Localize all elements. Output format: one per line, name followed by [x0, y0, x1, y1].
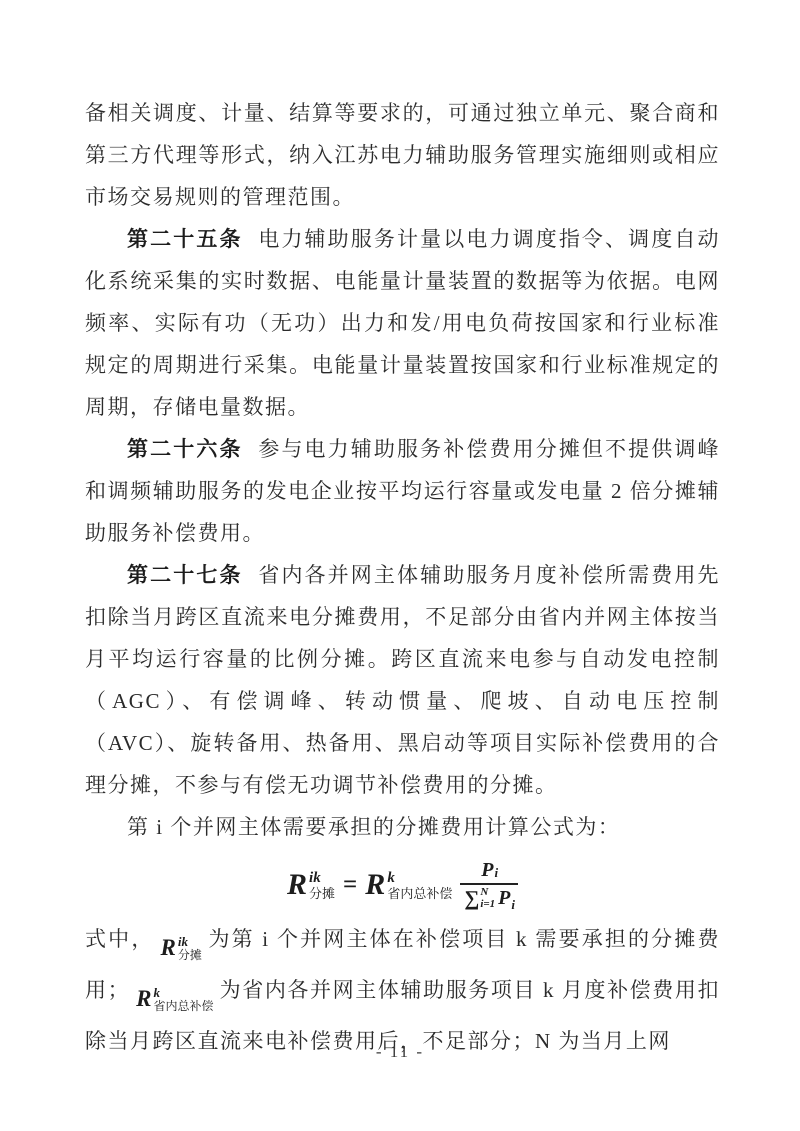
article-25-number: 第二十五条 [127, 227, 243, 251]
formula-lhs: R ik 分摊 [287, 868, 335, 902]
formula-rhs-coefficient: R k 省内总补偿 [365, 868, 452, 902]
formula-lhs-subscript: 分摊 [309, 886, 335, 902]
formula-lhs-superscript: ik [309, 871, 321, 886]
formula-intro-text: 第 i 个并网主体需要承担的分摊费用计算公式为： [127, 815, 620, 839]
formula-lhs-scripts: ik 分摊 [309, 871, 335, 902]
inline-math-scripts: k省内总补偿 [153, 986, 213, 1014]
denominator-variable: P [498, 887, 510, 910]
formula-rhs-subscript: 省内总补偿 [387, 886, 452, 902]
inline-math-r-share: Rik分摊 [160, 927, 201, 969]
inline-math-subscript: 分摊 [178, 948, 202, 963]
article-27-number: 第二十七条 [127, 563, 243, 587]
denominator-subscript: i [511, 897, 515, 913]
article-27-paragraph: 第二十七条省内各并网主体辅助服务月度补偿所需费用先扣除当月跨区直流来电分摊费用，… [85, 554, 720, 806]
article-25-paragraph: 第二十五条电力辅助服务计量以电力调度指令、调度自动化系统采集的实时数据、电能量计… [85, 218, 720, 428]
paragraph-text: 省内各并网主体辅助服务月度补偿所需费用先扣除当月跨区直流来电分摊费用，不足部分由… [85, 563, 720, 797]
fraction: Pi ∑ N i=1 Pi [460, 859, 518, 911]
sigma-lower-limit: i=1 [480, 898, 495, 910]
equals-sign: = [343, 871, 357, 899]
formula-explanation: 式中，Rik分摊为第 i 个并网主体在补偿项目 k 需要承担的分摊费用；Rk省内… [85, 918, 720, 1062]
page-number: - 11 - [0, 1042, 800, 1062]
article-26-paragraph: 第二十六条参与电力辅助服务补偿费用分摊但不提供调峰和调频辅助服务的发电企业按平均… [85, 428, 720, 554]
inline-math-base: R [160, 927, 175, 969]
inline-math-superscript: k [153, 986, 160, 999]
explanation-text: 式中， [85, 927, 154, 951]
numerator-subscript: i [494, 865, 498, 881]
paragraph-text: 电力辅助服务计量以电力调度指令、调度自动化系统采集的实时数据、电能量计量装置的数… [85, 227, 720, 419]
numerator-variable: P [481, 859, 493, 882]
formula-rhs-superscript: k [387, 871, 395, 886]
article-26-number: 第二十六条 [127, 437, 243, 461]
formula-lhs-base: R [287, 868, 307, 902]
inline-math-r-total: Rk省内总补偿 [136, 978, 213, 1020]
paragraph-continuation: 备相关调度、计量、结算等要求的，可通过独立单元、聚合商和第三方代理等形式，纳入江… [85, 92, 720, 218]
formula-intro: 第 i 个并网主体需要承担的分摊费用计算公式为： [85, 806, 720, 848]
fraction-numerator: Pi [471, 859, 507, 883]
inline-math-superscript: ik [178, 935, 188, 948]
formula-rhs-scripts: k 省内总补偿 [387, 871, 452, 902]
paragraph-text: 备相关调度、计量、结算等要求的，可通过独立单元、聚合商和第三方代理等形式，纳入江… [85, 101, 720, 209]
sigma-symbol: ∑ [464, 886, 479, 911]
formula-rhs-base: R [365, 868, 385, 902]
inline-math-base: R [136, 978, 151, 1020]
inline-math-scripts: ik分摊 [178, 935, 202, 963]
inline-math-subscript: 省内总补偿 [153, 999, 213, 1014]
sigma-upper-limit: N [480, 887, 488, 898]
sigma-limits: N i=1 [480, 887, 495, 910]
fraction-denominator: ∑ N i=1 Pi [460, 883, 518, 911]
document-page: 备相关调度、计量、结算等要求的，可通过独立单元、聚合商和第三方代理等形式，纳入江… [0, 0, 800, 1131]
share-cost-formula: R ik 分摊 = R k 省内总补偿 Pi ∑ N i=1 [85, 856, 720, 914]
